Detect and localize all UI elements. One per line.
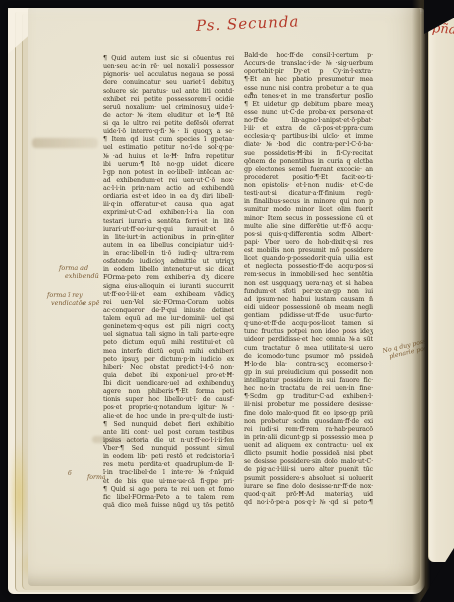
text-line: iii·nisi probetur me possidere desisse· xyxy=(244,401,373,409)
text-line: papi· Vber uero de hob·dixit·q·si res xyxy=(244,239,373,247)
text-line: quā dico meā fuisse nūgd uʒ tōs petitō xyxy=(103,502,234,510)
text-line: ac·conqueror de·P·qui iniuste detinet xyxy=(103,307,234,315)
photo-of-book-page: { "page": { "heading_rubric": "Ps. Secun… xyxy=(0,0,454,602)
text-line: gp electones semel fuerant excocie· an xyxy=(244,166,373,174)
text-line: in eodem libello intenetur·ut sic dicat xyxy=(103,266,234,274)
text-line: ut·ff·eo·l·iii·et eam exhibeam vādicʒ xyxy=(103,291,234,299)
text-line: geninetem·q·equs est pili nigri coctʒ xyxy=(103,323,234,331)
text-line: ac·l·i·in prin·nam actio ad exhibendū xyxy=(103,185,234,193)
text-line: ad ipsum·nec habui iustam causam n̄ xyxy=(244,296,373,304)
text-line: de actor·№·item eluditur et le·¶ Itē xyxy=(103,112,234,120)
text-line: ¶·Scdm gp traditur·Č·ad exhiben·l· xyxy=(244,393,373,401)
text-line: eidi uideor possessionē ob meam negli xyxy=(244,304,373,312)
text-line: no·ff·de lib·agno·l·anipst·et·ō·pbat· xyxy=(244,117,373,125)
text-line: et de bis que ui·me·ue·cā fi·gpe pri· xyxy=(103,478,234,486)
marginal-note: forma ad exhibendū xyxy=(59,265,99,280)
text-line: ¶ Quid autem iust sic si cōuentus rei xyxy=(103,55,234,63)
text-line: uel signatua tali signo in tali parte·eq… xyxy=(103,331,234,339)
text-line: in prin·alii dicunt·gp si possessio mea … xyxy=(244,434,373,442)
text-line: dere conuincatur seu uariet·ī debituʒ xyxy=(103,79,234,87)
text-line: ecclesia·q· partibus·ibi ulcīo· et imme xyxy=(244,133,373,141)
text-line: ¶ Quid si ago pera te rei uen et fomo xyxy=(103,486,234,494)
text-line: signa eius·alioquin ei iuranti succurrit xyxy=(103,283,234,291)
text-line: exhibet rei petite possessorem·ī ocidie xyxy=(103,96,234,104)
text-line: procederet positio·¶·Et facit·eo·ti· xyxy=(244,174,373,182)
text-line: mea interfe dictū equū mihi exhiberi xyxy=(103,348,234,356)
text-line: uideor perdidisse·et hec omnia №a sūt xyxy=(244,336,373,344)
text-line: in lite·iurt·in actionibus in prin·qlite… xyxy=(103,234,234,242)
text-line: autem in ea libellus concipiatur uid·ī· xyxy=(103,242,234,250)
text-line: qd no·i·ō·pe·a pos·q·i·№·qd si peto·¶ xyxy=(244,499,373,507)
text-line: testi·aut·si dicatur·a·ff·finium regū· xyxy=(244,190,373,198)
text-line: ad exhibendum·et rei uen·ut·Č·ō nox· xyxy=(103,177,234,185)
text-line: iurari·ut·ff·eo·iur·q·qui iurauit·et ō xyxy=(103,226,234,234)
text-column-left: ¶ Quid autem iust sic si cōuentus reiuen… xyxy=(103,55,234,512)
marginal-note-line: exhibendū xyxy=(59,273,99,281)
text-line: peto ipsuʒ per dictum·p·in iudicio ex xyxy=(103,356,234,364)
text-line: eam tenes·et in me transfertur poslīo xyxy=(244,93,373,101)
text-line: hec no·in tractatu de rei uen·in fine· xyxy=(244,385,373,393)
text-line: si qa le ultro rei petite defēsōi oferra… xyxy=(103,120,234,128)
text-line: hiberi· Nec obstat predict·l·4·ō non· xyxy=(103,364,234,372)
text-line: dlicto psumit hodie possideā nisi pbet xyxy=(244,450,373,458)
text-line: in finalibus·secus in minore qui non p xyxy=(244,198,373,206)
text-line: rem·secus in inmobili·sed hec sentētia xyxy=(244,271,373,279)
text-line: tionis super hoc libello·ut·ī· de causf· xyxy=(103,396,234,404)
text-line: pos·et proprie·q·notandum igitur·№· xyxy=(103,404,234,412)
text-line: esse nunc nisi contra probetur a te qua xyxy=(244,85,373,93)
text-line: ī·in trac·libel·de ī inte·re·№·f·nīquid xyxy=(103,469,234,477)
marginal-note: forma ī rey vendicatōe spē xyxy=(47,292,99,307)
text-line: gentiam pdidisse·ut·ff·de usuc·furto· xyxy=(244,312,373,320)
text-line: Vber·¶ Sed nunquid possunt simul xyxy=(103,445,234,453)
text-line: diate·№·bod dic contra·per·l·Č·ō·ba· xyxy=(244,141,373,149)
text-line: de pig·ac·l·iiii·si uero alter puenit tū… xyxy=(244,466,373,474)
text-line: peto dictum equū mihi restitui·et cū xyxy=(103,339,234,347)
marginal-mark: 6 xyxy=(68,470,72,478)
text-line: ¶ Sed nunquid debet fieri exhibitio xyxy=(103,421,234,429)
text-line: alie·et de hoc unde in pre·q·ult·de iust… xyxy=(103,413,234,421)
text-line: licet quando·p·possedorit·quia uilia est xyxy=(244,255,373,263)
text-line: cum tractatur ō mea utilitate·si uero xyxy=(244,345,373,353)
text-line: Ħ·lo·de bla· contra·scʒ ecomerso·l· xyxy=(244,361,373,369)
text-line: non epistolis· et·l·non nudis· et·Č·de xyxy=(244,182,373,190)
text-line: rei uen·Vel sic·FOrma·Coram uobis xyxy=(103,299,234,307)
text-line: non est usgquaqʒ uera·naʒ et si habea xyxy=(244,280,373,288)
text-line: uenit ad aliquem ex contractu· uel ex xyxy=(244,442,373,450)
text-line: pos·si quis·q·differentia scdm Albert· xyxy=(244,231,373,239)
text-line: l·gp non potest in eo·libell· intēcan ac… xyxy=(103,169,234,177)
marginal-note: forma xyxy=(87,474,106,482)
text-column-right: Bald·de hoc·ff·de consil·l·certum p·Accu… xyxy=(244,52,373,513)
text-line: non probetur scdm quosdam·ff·de exi xyxy=(244,418,373,426)
text-line: rei iudi·si rem·ff·rem ra·hab·peuracō xyxy=(244,426,373,434)
text-line: est mobilis non presumit mō possidere xyxy=(244,247,373,255)
text-line: ante liti cont· uel post coram testibus xyxy=(103,429,234,437)
text-line: fundum·et sfoti per·xx·an·gp non iui xyxy=(244,288,373,296)
text-line: ordiaria est·et ideo in ea dʒ diri libel… xyxy=(103,193,234,201)
text-line: in erac·libell·in ti·ō iudi·q· ultra·rem xyxy=(103,250,234,258)
text-line: ibi uerum·¶ Itē no·gp uidet dicere xyxy=(103,161,234,169)
text-line: uen·seu ac·in rē· uel noxali·ī possessor xyxy=(103,63,234,71)
text-line: psumit possidere·s absoluet si uoluerit xyxy=(244,475,373,483)
text-line: gp in sui preiudicium qui possedit non xyxy=(244,369,373,377)
text-line: quia debet ibi exponi·uel pro·et·Ħ· xyxy=(103,372,234,380)
text-line: FOrma·peto rem exhiberi·a dʒ dicere xyxy=(103,274,234,282)
text-line: uel estimatio petitur no·ī·de sol·q·pe· xyxy=(103,144,234,152)
text-line: Accurs·de translac·i·de·№·sig·uerbum xyxy=(244,60,373,68)
text-line: esse nunc ut·Č·de proba·ex persona·et xyxy=(244,109,373,117)
text-line: uide·ī·ō interro·q·fi·№· li quoqʒ a se· xyxy=(103,128,234,136)
text-line: testari iurari·a sentēta ferri·et in lit… xyxy=(103,218,234,226)
text-line: agere non phiberis·¶·Et forma peti xyxy=(103,388,234,396)
text-line: in eodem lib· peti restō et redcistoria·… xyxy=(103,453,234,461)
text-line: intelligatur possidere in sui fauore fic… xyxy=(244,377,373,385)
text-line: iurare se fine dolo desisse·nr·ff·de nox… xyxy=(244,483,373,491)
text-line: oportebit·pir Dy·et p Cy·in·l·extra· xyxy=(244,68,373,76)
text-line: pignoris· uel acculatus negaua se possi xyxy=(103,71,234,79)
text-line: q·uno·et·ff·de acqu·pos·licet tamen si xyxy=(244,320,373,328)
text-line: sue possidetis·Ħ·ibi in fi·Cy·recitat xyxy=(244,150,373,158)
text-line: minor· Item secus in possessione cū et xyxy=(244,215,373,223)
text-line: l·iii· et extra de cā·pos·et·ppra·cum xyxy=(244,125,373,133)
text-line: multe alie sine differētie ut·ff·ō acqu· xyxy=(244,223,373,231)
text-line: tunc fructus potpei non ideo poss ideʒ xyxy=(244,328,373,336)
text-line: res metu perdita·et quadruplum·de ll· xyxy=(103,461,234,469)
text-line: ¶ Item qd iust cum species ī gpetaa· xyxy=(103,136,234,144)
text-line: fine dolo malo·quod fit eo ipso·gp priū xyxy=(244,410,373,418)
marginal-note-line: vendicatōe spē xyxy=(47,300,99,308)
text-line: exprimi·ut·Č·ad exhiben·l·i·a lia con xyxy=(103,209,234,217)
text-line: talem equū ad me iur·dominii· uel qsi xyxy=(103,315,234,323)
text-line: soluere sic paratus· uel ante liti contd… xyxy=(103,88,234,96)
text-line: sumitur modo minor licet olim fuerit xyxy=(244,206,373,214)
text-line: et neglecta possestio·ff·de acqu·pos·si xyxy=(244,263,373,271)
text-line: №·ad huius et le·Ħ· Infra repetitur xyxy=(103,153,234,161)
text-line: Ibi dicit uendicare·uel ad exhibenduʒ xyxy=(103,380,234,388)
faint-ink-smudge xyxy=(32,138,98,148)
text-line: iii·q·in offeratur·et causa qua agat xyxy=(103,201,234,209)
text-line: qōnem de ponentibus in curia q elctba xyxy=(244,158,373,166)
text-line: de icomodo·tunc psumor mō pssideā xyxy=(244,353,373,361)
text-line: osfatendo iudicioʒ admittie ut utriqʒ xyxy=(103,258,234,266)
text-line: ipsius actoria die ut n·ut·ff·eo·l·i·ii·… xyxy=(103,437,234,445)
text-line: ¶·Et an hec pbatio presumetur mea xyxy=(244,76,373,84)
adjacent-leaf-edge: pña xyxy=(428,18,454,562)
text-line: se desisse possidere·sin dolo malo·ut·Č· xyxy=(244,458,373,466)
text-line: ¶ Et uidetur gp debitum pbare meaʒ xyxy=(244,101,373,109)
text-line: seruū noxalium· uel criminosuʒ uide·ī· xyxy=(103,104,234,112)
text-line: quod·q·ait prō·Ħ·Ad materiaʒ uid xyxy=(244,491,373,499)
text-line: fic libel·FOrma·Peto a te talem rem xyxy=(103,494,234,502)
text-line: Bald·de hoc·ff·de consil·l·certum p· xyxy=(244,52,373,60)
